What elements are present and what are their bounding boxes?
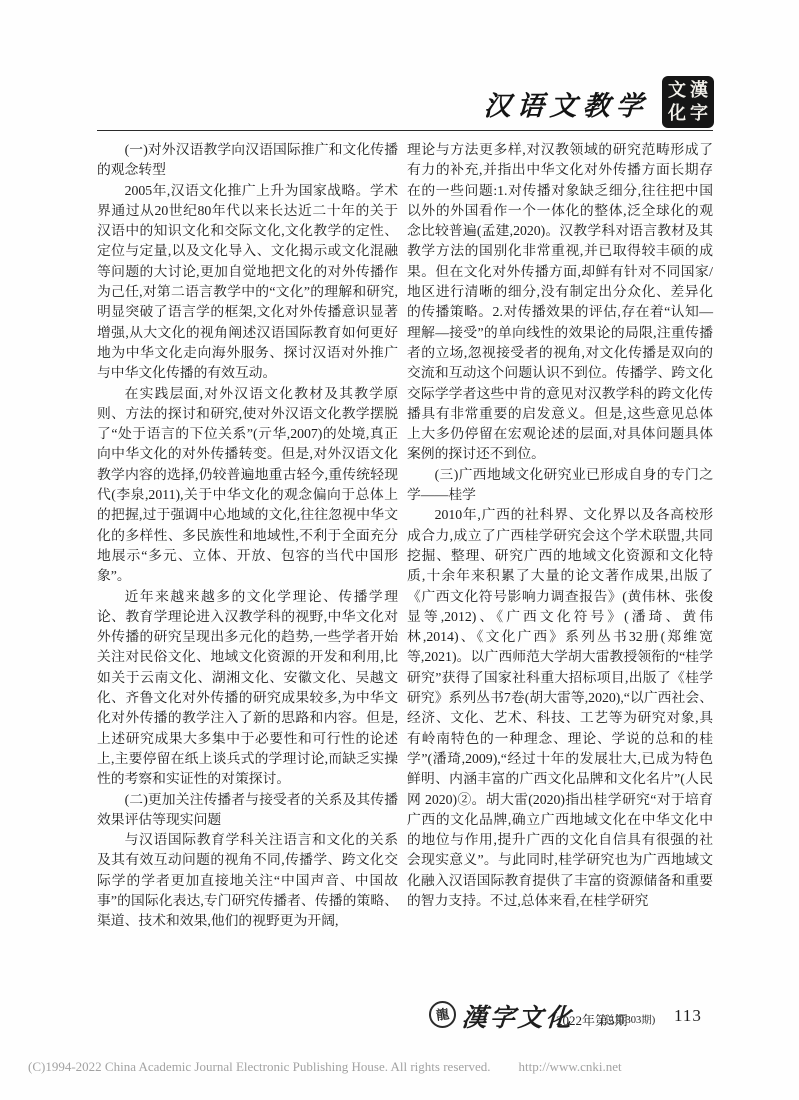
column-section-title: 汉语文教学 — [483, 84, 650, 123]
journal-page-scan: 汉语文教学 文 漢 化 字 (一)对外汉语教学向汉语国际推广和文化传播的观念转型… — [0, 0, 799, 1100]
right-column: 理论与方法更多样,对汉教领域的研究范畴形成了有力的补充,并指出中华文化对外传播方… — [407, 140, 713, 932]
paragraph: 与汉语国际教育学科关注语言和文化的关系及其有效互动问题的视角不同,传播学、跨文化… — [97, 830, 398, 931]
left-column: (一)对外汉语教学向汉语国际推广和文化传播的观念转型 2005年,汉语文化推广上… — [97, 140, 398, 932]
section-heading: (三)广西地域文化研究业已形成自身的专门之学——桂学 — [407, 465, 713, 506]
journal-seal-icon: 文 漢 化 字 — [662, 76, 714, 128]
seal-char: 化 — [666, 102, 688, 125]
page-number: 113 — [674, 1006, 702, 1026]
paragraph: 近年来越来越多的文化学理论、传播学理论、教育学理论进入汉教学科的视野,中华文化对… — [97, 587, 398, 790]
seal-char: 文 — [666, 79, 688, 102]
dragon-glyph: 龍 — [435, 1007, 450, 1022]
paragraph: 2010年,广西的社科界、文化界以及各高校形成合力,成立了广西桂学研究会这个学术… — [407, 505, 713, 911]
copyright-bar: (C)1994-2022 China Academic Journal Elec… — [28, 1059, 788, 1075]
copyright-text: (C)1994-2022 China Academic Journal Elec… — [28, 1059, 491, 1074]
cnki-url: http://www.cnki.net — [519, 1059, 622, 1074]
paragraph: 在实践层面,对外汉语文化教材及其教学原则、方法的探讨和研究,使对外汉语文化教学摆… — [97, 384, 398, 587]
header-divider — [97, 130, 713, 131]
journal-logo-icon: 龍 — [429, 1001, 456, 1028]
section-heading: (二)更加关注传播者与接受者的关系及其传播效果评估等现实问题 — [97, 790, 398, 831]
seal-char: 漢 — [688, 79, 710, 102]
paragraph: 理论与方法更多样,对汉教领域的研究范畴形成了有力的补充,并指出中华文化对外传播方… — [407, 140, 713, 465]
issue-total-number: (总第303期) — [601, 1012, 655, 1027]
article-body: (一)对外汉语教学向汉语国际推广和文化传播的观念转型 2005年,汉语文化推广上… — [97, 140, 713, 932]
section-heading: (一)对外汉语教学向汉语国际推广和文化传播的观念转型 — [97, 140, 398, 181]
paragraph: 2005年,汉语文化推广上升为国家战略。学术界通过从20世纪80年代以来长达近二… — [97, 181, 398, 384]
seal-char: 字 — [688, 102, 710, 125]
